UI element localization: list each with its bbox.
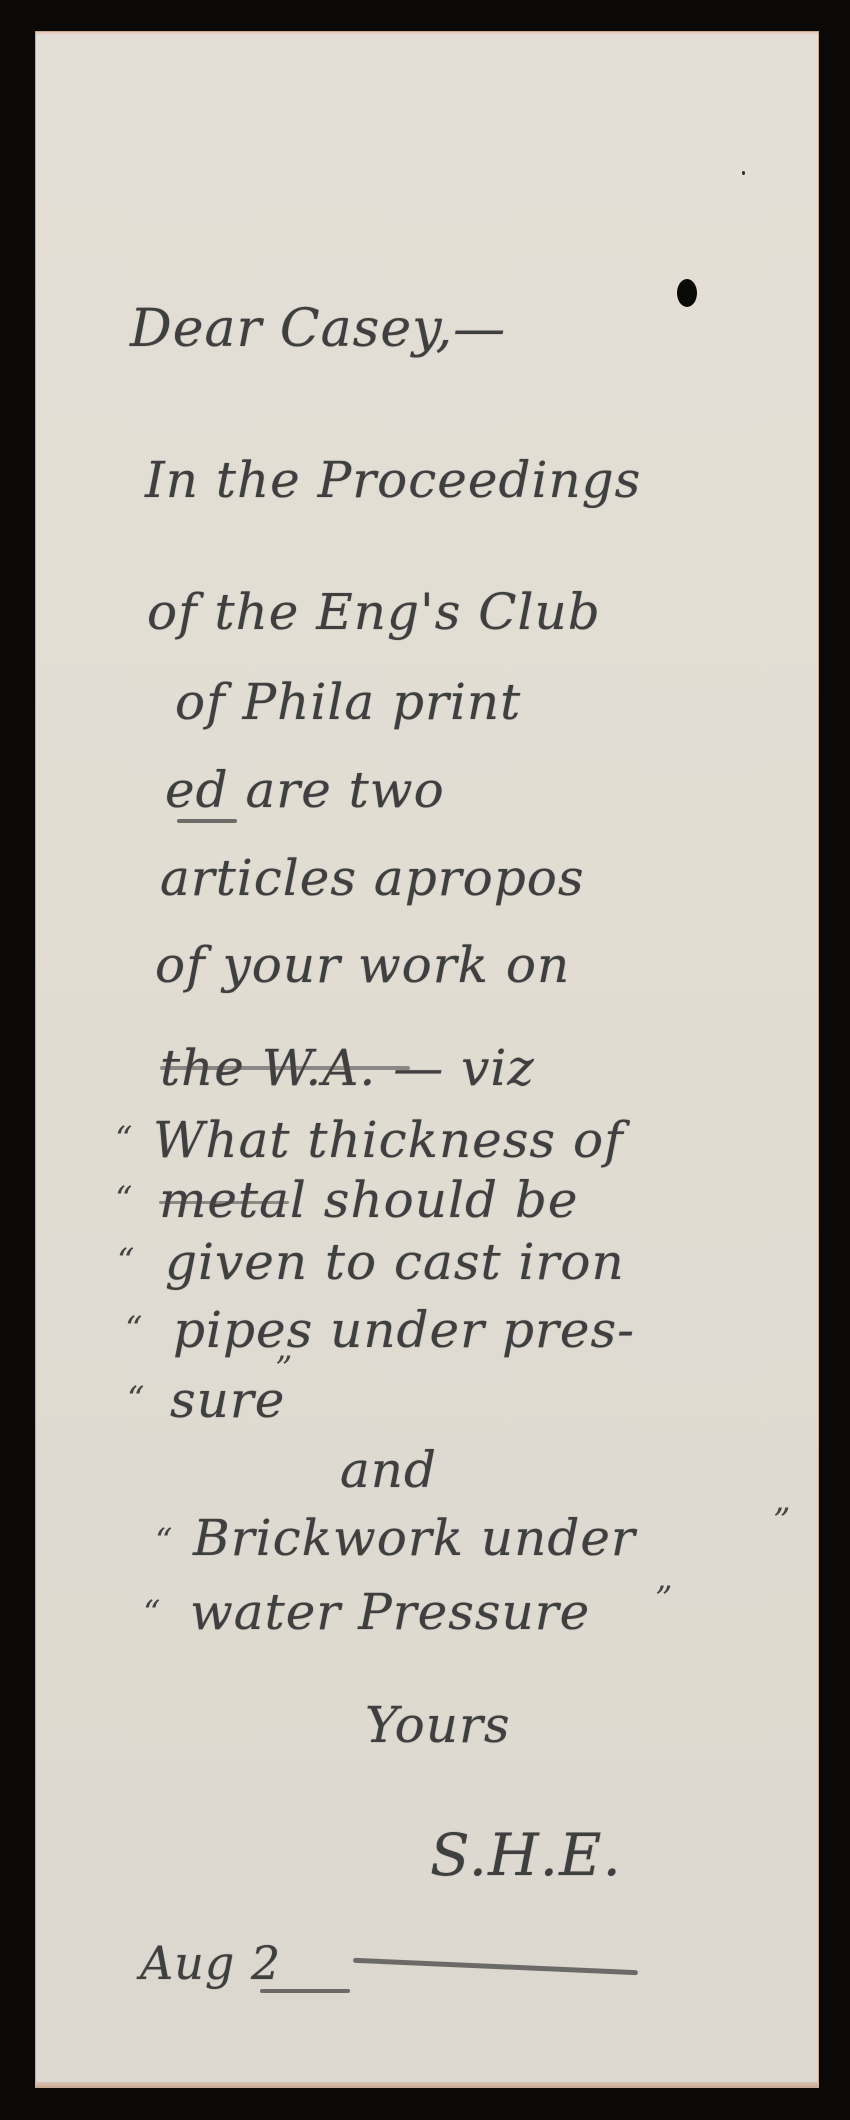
quote-mark: “ — [127, 1379, 144, 1419]
paper-speck — [742, 171, 745, 175]
strike-mark — [159, 1201, 289, 1204]
quote-mark: ” — [655, 1579, 672, 1619]
quoted-title-line: sure — [170, 1371, 285, 1429]
underline-mark — [177, 819, 237, 823]
closing: Yours — [365, 1696, 511, 1754]
signature-underline — [353, 1958, 638, 1975]
date-dash — [260, 1989, 350, 1993]
quoted-title-line: water Pressure — [190, 1583, 590, 1641]
body-line: of your work on — [155, 936, 570, 994]
quoted-title-line: Brickwork under — [193, 1509, 636, 1567]
quote-mark: “ — [125, 1309, 142, 1349]
scan-background: Dear Casey,— In the Proceedings of the E… — [0, 0, 850, 2120]
letter-sheet: Dear Casey,— In the Proceedings of the E… — [35, 31, 819, 2088]
body-line: In the Proceedings — [145, 451, 641, 509]
date: Aug 2 — [140, 1936, 281, 1990]
conjunction: and — [340, 1441, 437, 1499]
quote-mark: “ — [115, 1179, 132, 1219]
quote-mark: “ — [115, 1119, 132, 1159]
quoted-title-line: metal should be — [159, 1171, 578, 1229]
body-line: of Phila print — [175, 673, 521, 731]
quoted-title-line: given to cast iron — [165, 1233, 625, 1291]
quoted-title-line: What thickness of — [153, 1111, 624, 1169]
quote-mark: ” — [275, 1349, 292, 1389]
strike-mark — [160, 1066, 410, 1070]
quote-mark: ” — [773, 1501, 790, 1541]
quote-mark: “ — [155, 1521, 172, 1561]
signature: S.H.E. — [430, 1821, 622, 1889]
quote-mark: “ — [117, 1241, 134, 1281]
quoted-title-line: pipes under pres- — [173, 1301, 635, 1359]
punch-hole — [677, 279, 697, 307]
body-line: of the Eng's Club — [147, 583, 601, 641]
body-line: ed are two — [165, 761, 445, 819]
paper-edge — [35, 2082, 819, 2088]
salutation: Dear Casey,— — [130, 299, 506, 359]
quote-mark: “ — [143, 1593, 160, 1633]
body-line: articles apropos — [160, 849, 585, 907]
